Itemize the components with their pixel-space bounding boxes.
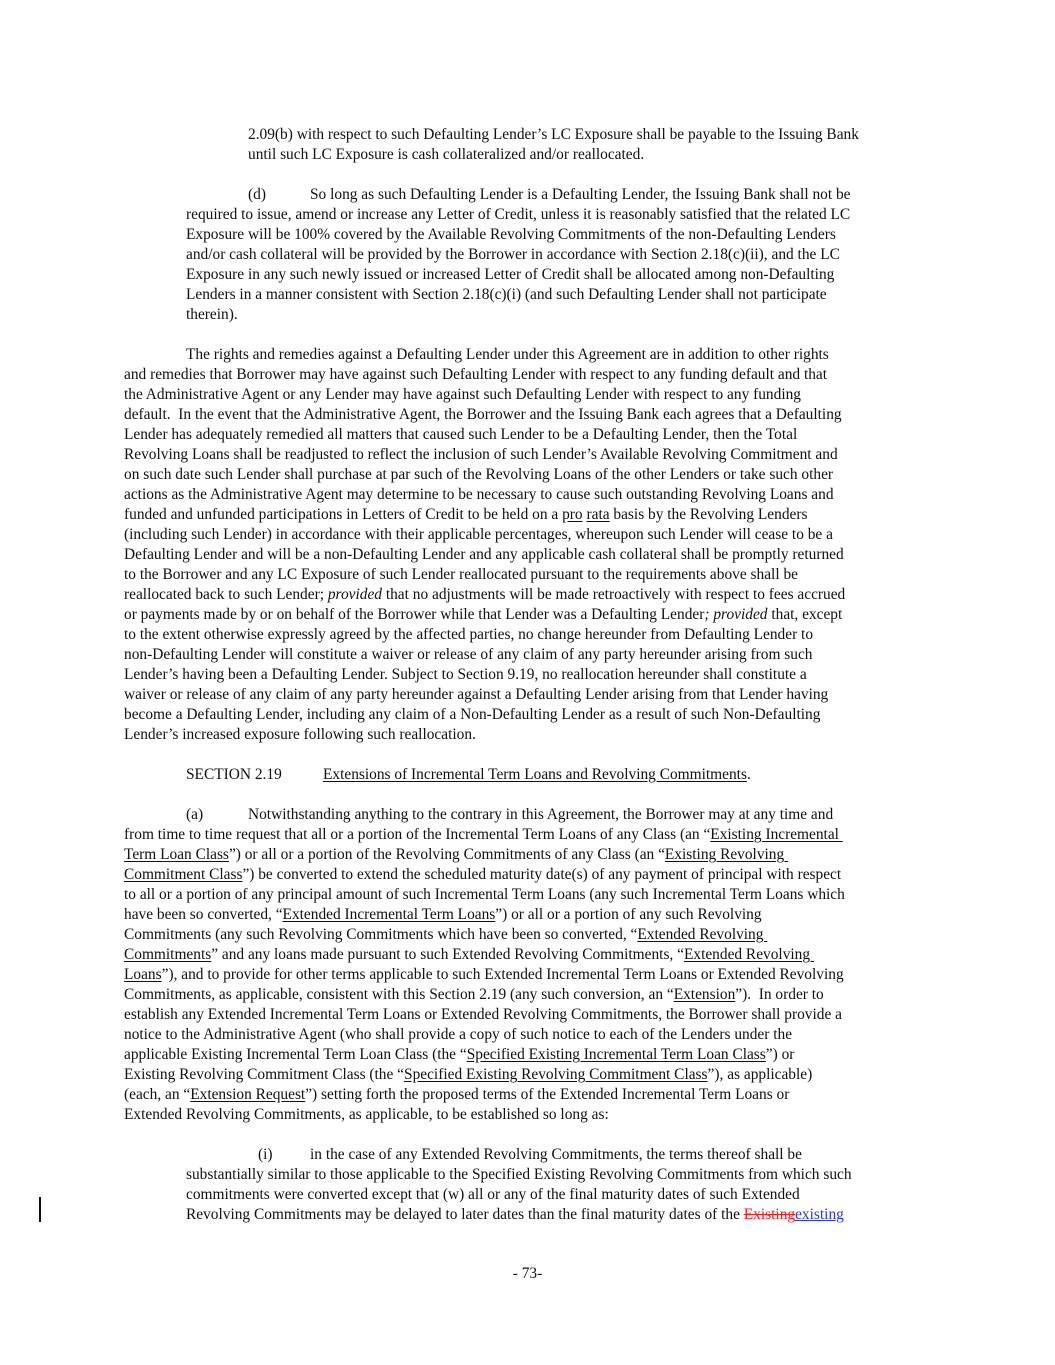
text: ”), as applicable)	[708, 1066, 813, 1083]
defined-term: Term Loan Class	[124, 846, 229, 863]
text-line: actions as the Administrative Agent may …	[124, 485, 834, 505]
text-line: Notwithstanding anything to the contrary…	[248, 805, 833, 825]
document-page: 2.09(b) with respect to such Defaulting …	[0, 0, 1055, 1365]
text-line: from time to time request that all or a …	[124, 825, 843, 845]
text: (each, an “	[124, 1086, 190, 1103]
emphasis-provided: ; provided	[704, 606, 767, 623]
text-line: Term Loan Class”) or all or a portion of…	[124, 845, 788, 865]
text-line: Lender’s having been a Defaulting Lender…	[124, 665, 807, 685]
text: that no adjustments will be made retroac…	[382, 586, 845, 603]
text-line: therein).	[186, 305, 238, 325]
text-line: Commitments” and any loans made pursuant…	[124, 945, 814, 965]
text-line: substantially similar to those applicabl…	[186, 1165, 852, 1185]
defined-term: Extension Request	[190, 1086, 305, 1103]
text-line: Exposure in any such newly issued or inc…	[186, 265, 834, 285]
text: have been so converted, “	[124, 906, 283, 923]
section-number: SECTION 2.19	[186, 765, 282, 785]
text-line: (including such Lender) in accordance wi…	[124, 525, 833, 545]
text: from time to time request that all or a …	[124, 826, 710, 843]
text: ” and any loans made pursuant to such Ex…	[211, 946, 684, 963]
deleted-text: Existing	[744, 1206, 795, 1223]
text-line: commitments were converted except that (…	[186, 1185, 800, 1205]
text-line: Revolving Commitments may be delayed to …	[186, 1205, 844, 1225]
text: basis by the Revolving Lenders	[610, 506, 808, 523]
text-line: applicable Existing Incremental Term Loa…	[124, 1045, 794, 1065]
text: that, except	[768, 606, 843, 623]
text: ”) setting forth the proposed terms of t…	[305, 1086, 789, 1103]
defined-term: Commitment Class	[124, 866, 242, 883]
defined-term: Extended Revolving	[637, 926, 767, 943]
text-line: or payments made by or on behalf of the …	[124, 605, 842, 625]
text-line: Extended Revolving Commitments, as appli…	[124, 1105, 609, 1125]
text-line: default. In the event that the Administr…	[124, 405, 842, 425]
text-line: to the Borrower and any LC Exposure of s…	[124, 565, 798, 585]
text-line: become a Defaulting Lender, including an…	[124, 705, 820, 725]
text: ”) or	[766, 1046, 795, 1063]
term-rata: rata	[586, 506, 609, 523]
text-line: Lender’s increased exposure following su…	[124, 725, 476, 745]
section-title-text: Extensions of Incremental Term Loans and…	[323, 766, 747, 783]
text-line: funded and unfunded participations in Le…	[124, 505, 807, 525]
defined-term: Existing Incremental	[710, 826, 843, 843]
text-line: until such LC Exposure is cash collatera…	[248, 145, 644, 165]
text-line: have been so converted, “Extended Increm…	[124, 905, 762, 925]
text: Existing Revolving Commitment Class (the…	[124, 1066, 404, 1083]
text-line: in the case of any Extended Revolving Co…	[310, 1145, 802, 1165]
defined-term: Commitments	[124, 946, 211, 963]
term-pro: pro	[562, 506, 583, 523]
text-line: required to issue, amend or increase any…	[186, 205, 850, 225]
text-line: waiver or release of any claim of any pa…	[124, 685, 828, 705]
text: .	[747, 766, 751, 783]
text: ”). In order to	[735, 986, 823, 1003]
text-line: reallocated back to such Lender; provide…	[124, 585, 845, 605]
text-line: Revolving Loans shall be readjusted to r…	[124, 445, 838, 465]
text-line: the Administrative Agent or any Lender m…	[124, 385, 801, 405]
text-line: and/or cash collateral will be provided …	[186, 245, 840, 265]
text-line: and remedies that Borrower may have agai…	[124, 365, 827, 385]
clause-label-i: (i)	[258, 1145, 273, 1165]
text-line: notice to the Administrative Agent (who …	[124, 1025, 792, 1045]
text: funded and unfunded participations in Le…	[124, 506, 562, 523]
defined-term: Extended Incremental Term Loans	[283, 906, 496, 923]
defined-term: Specified Existing Incremental Term Loan…	[467, 1046, 766, 1063]
text-line: Commitments (any such Revolving Commitme…	[124, 925, 767, 945]
defined-term: Existing Revolving	[665, 846, 788, 863]
text: ”) or all or a portion of any such Revol…	[495, 906, 761, 923]
text-line: Lender has adequately remedied all matte…	[124, 425, 797, 445]
defined-term: Specified Existing Revolving Commitment …	[404, 1066, 708, 1083]
change-bar	[39, 1197, 41, 1222]
clause-label-a: (a)	[186, 805, 203, 825]
text: or payments made by or on behalf of the …	[124, 606, 704, 623]
text-line: Exposure will be 100% covered by the Ava…	[186, 225, 836, 245]
defined-term: Loans	[124, 966, 162, 983]
text-line: Defaulting Lender and will be a non-Defa…	[124, 545, 844, 565]
text-line: to the extent otherwise expressly agreed…	[124, 625, 813, 645]
emphasis-provided: provided	[328, 586, 382, 603]
text-line: establish any Extended Incremental Term …	[124, 1005, 842, 1025]
text: ”) be converted to extend the scheduled …	[242, 866, 841, 883]
clause-label-d: (d)	[248, 185, 266, 205]
section-title: Extensions of Incremental Term Loans and…	[323, 765, 751, 785]
text-line: non-Defaulting Lender will constitute a …	[124, 645, 812, 665]
text-line: Commitment Class”) be converted to exten…	[124, 865, 841, 885]
text-line: 2.09(b) with respect to such Defaulting …	[248, 125, 859, 145]
text: applicable Existing Incremental Term Loa…	[124, 1046, 467, 1063]
text-line: Lenders in a manner consistent with Sect…	[186, 285, 827, 305]
text: Commitments, as applicable, consistent w…	[124, 986, 674, 1003]
text-line: So long as such Defaulting Lender is a D…	[310, 185, 851, 205]
text: ”) or all or a portion of the Revolving …	[229, 846, 665, 863]
text-line: on such date such Lender shall purchase …	[124, 465, 833, 485]
text-line: (each, an “Extension Request”) setting f…	[124, 1085, 789, 1105]
page-number: - 73-	[0, 1264, 1055, 1284]
text: Revolving Commitments may be delayed to …	[186, 1206, 744, 1223]
text-line: to all or a portion of any principal amo…	[124, 885, 845, 905]
text-line: The rights and remedies against a Defaul…	[186, 345, 829, 365]
inserted-text: existing	[795, 1206, 844, 1223]
text-line: Commitments, as applicable, consistent w…	[124, 985, 824, 1005]
text: reallocated back to such Lender;	[124, 586, 328, 603]
text: ”), and to provide for other terms appli…	[162, 966, 844, 983]
text-line: Loans”), and to provide for other terms …	[124, 965, 844, 985]
defined-term: Extended Revolving	[684, 946, 814, 963]
defined-term: Extension	[674, 986, 736, 1003]
text-line: Existing Revolving Commitment Class (the…	[124, 1065, 812, 1085]
text: Commitments (any such Revolving Commitme…	[124, 926, 637, 943]
